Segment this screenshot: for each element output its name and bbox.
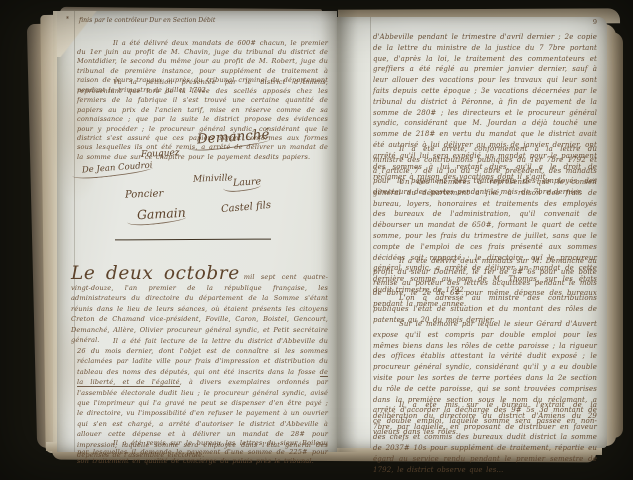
signature-coudroi: De Jean Coudroi xyxy=(82,161,153,179)
folio-number: 9 xyxy=(593,18,597,26)
page-edge-right-outer xyxy=(612,32,623,438)
entry-date-heading: Le deux octobre xyxy=(71,263,244,284)
signature-flourish-rule xyxy=(115,239,271,241)
signature-castel: Castel fils xyxy=(221,200,272,215)
signature-gamain: Gamain xyxy=(137,205,187,226)
margin-crease xyxy=(74,11,75,452)
entry-opening: mil sept cent quatre-vingt-douze, l'an p… xyxy=(71,273,328,345)
photo-background: * finis par le contrôleur Dur en Section… xyxy=(0,0,633,480)
paragraph-boileau: Il a été remis sur le bureau les lettres… xyxy=(77,439,328,467)
note-marker: * xyxy=(66,16,69,23)
signature-miniville: Miniville xyxy=(193,173,233,184)
signature-laure: Laure xyxy=(233,176,262,191)
left-page: * finis par le contrôleur Dur en Section… xyxy=(57,11,337,452)
margin-crease xyxy=(370,17,371,448)
lecture-text-a: Il a été fait lecture de la lettre du di… xyxy=(77,337,328,376)
marginal-note: finis par le contrôleur Dur en Section D… xyxy=(79,17,215,24)
right-page: 9 d'Abbeville pendant le trimestre d'avr… xyxy=(337,17,607,448)
paragraph-district-amiens: Il a été mis sur le bureau l'extrait de … xyxy=(373,400,597,476)
signature-fouquez: Fouquez xyxy=(141,148,180,160)
signature-poncier: Poncier xyxy=(125,188,164,200)
entry-paragraph: Le deux octobremil sept cent quatre-ving… xyxy=(71,265,328,346)
